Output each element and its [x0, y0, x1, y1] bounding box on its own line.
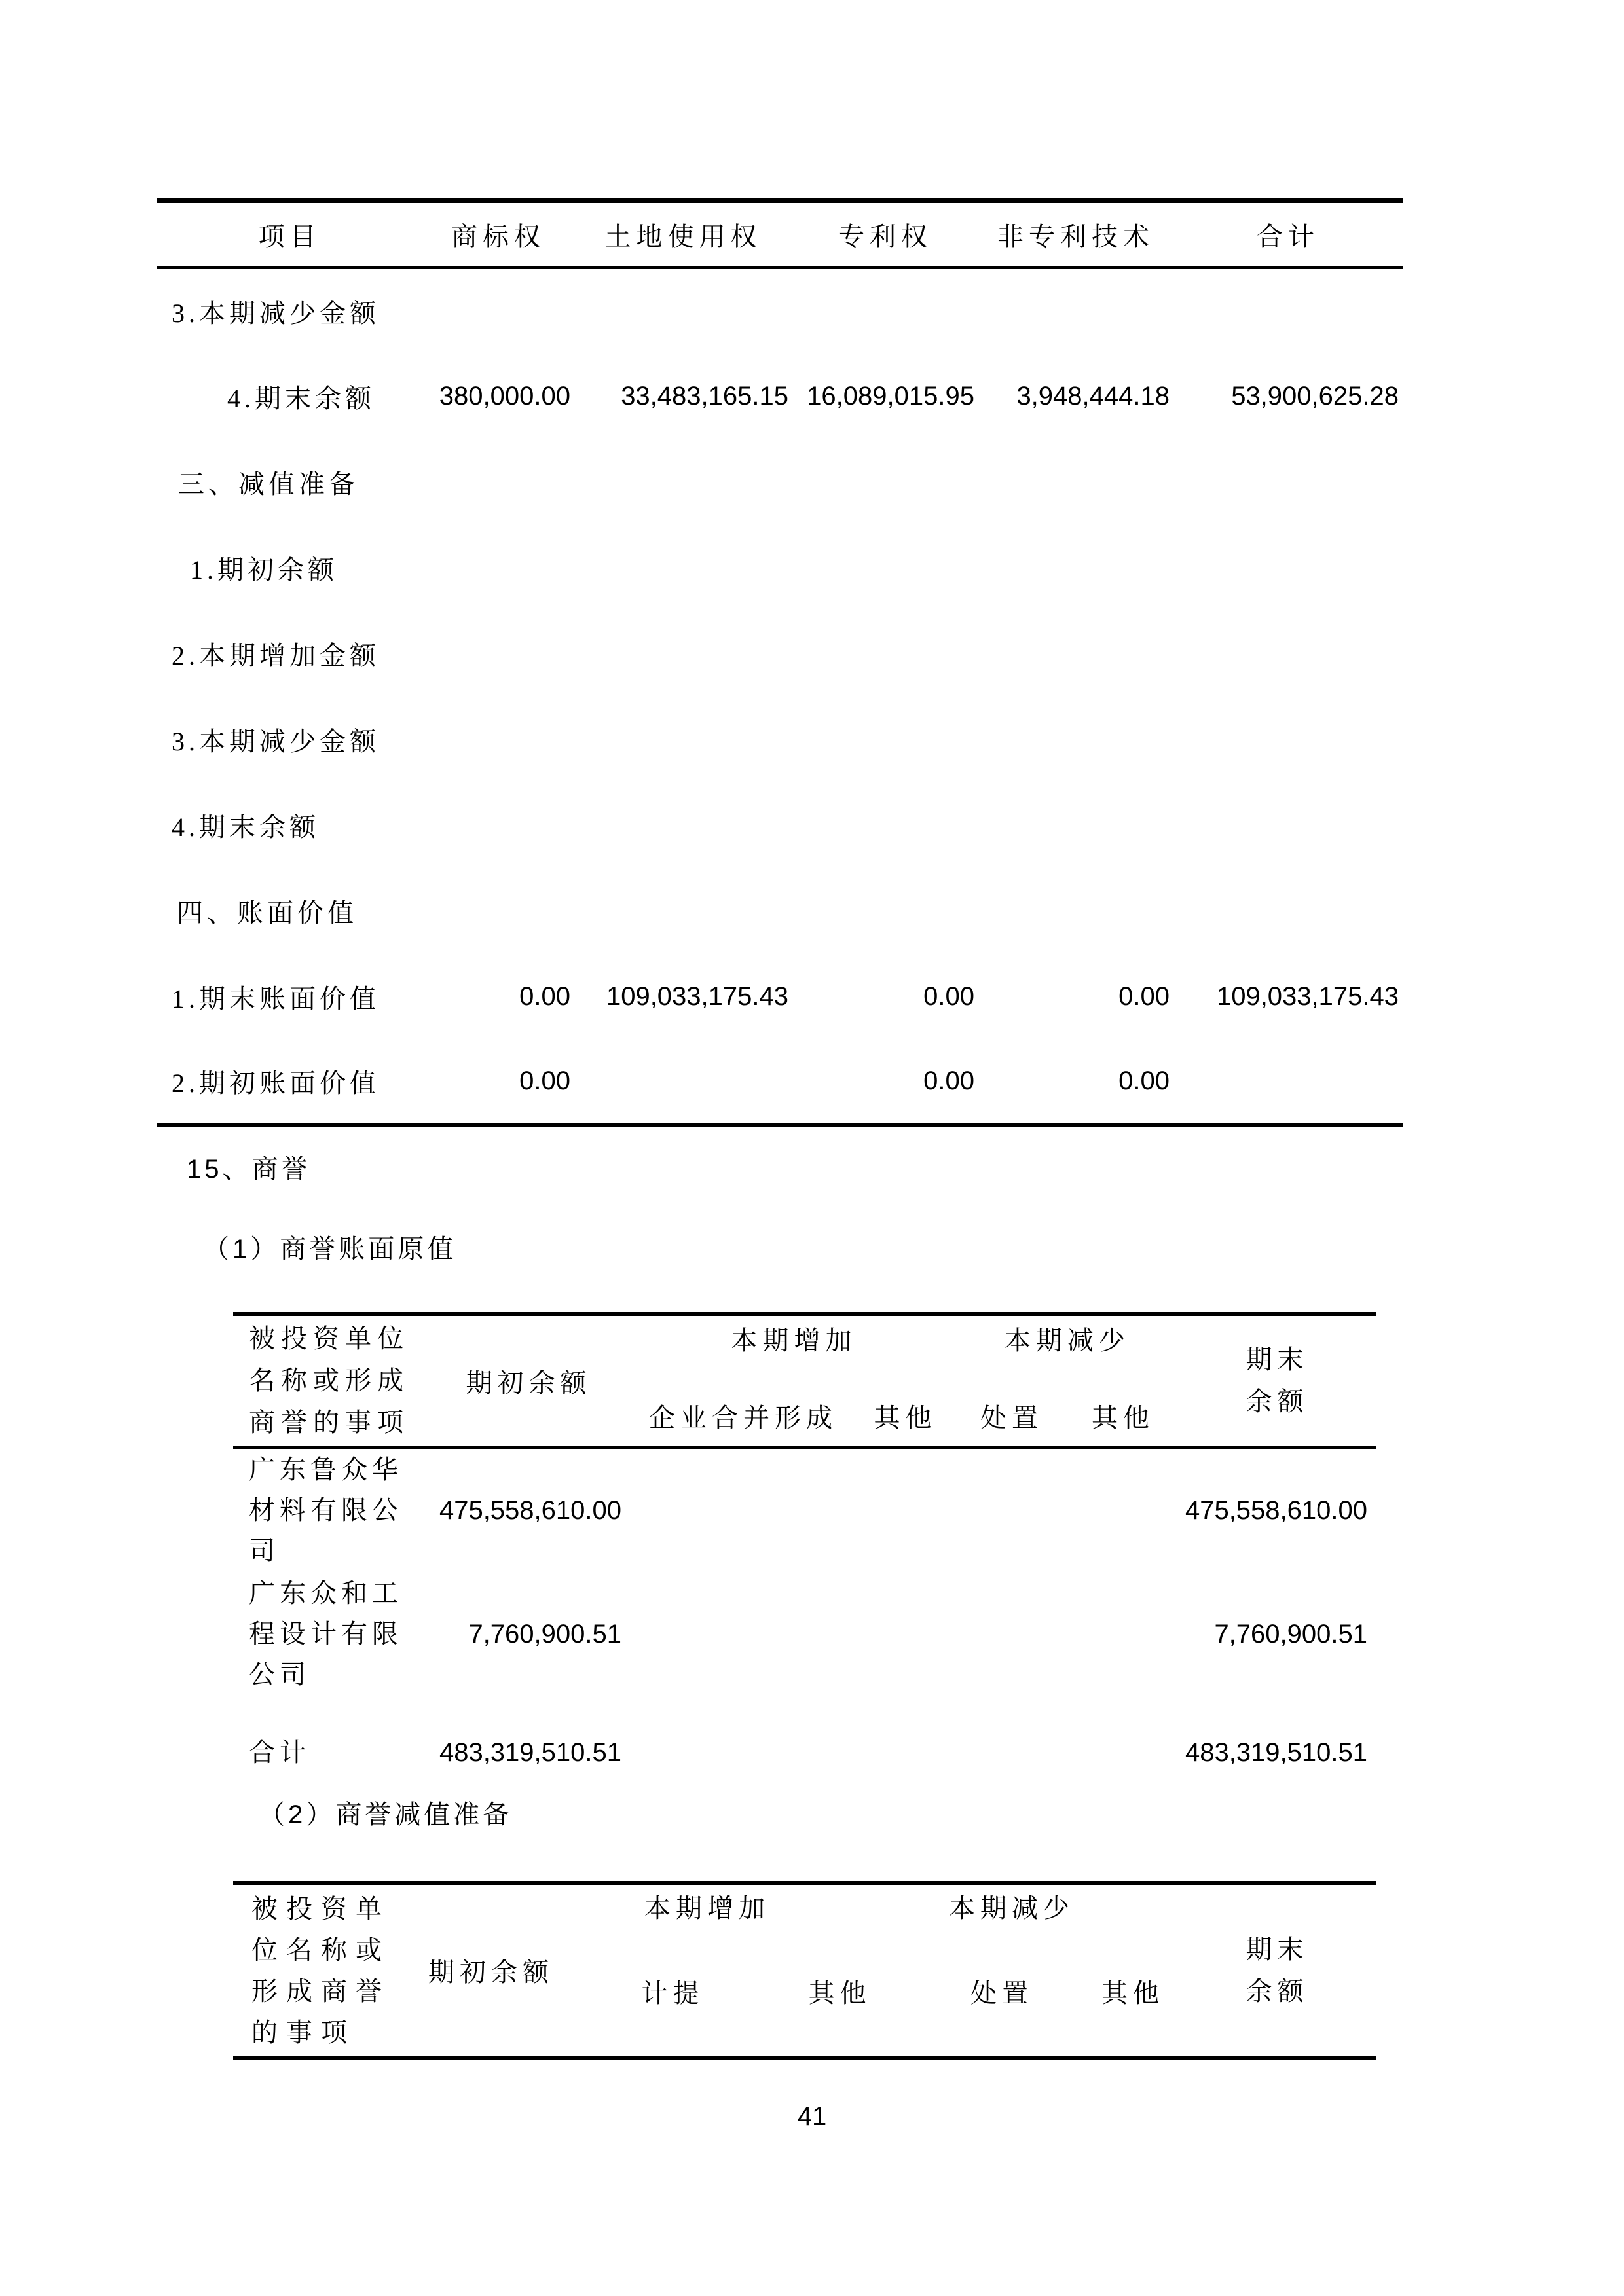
table-row: 3.本期减少金额 [157, 268, 1403, 354]
col-header-accrual: 计提 [583, 1927, 763, 2058]
goodwill-impairment-header-row-1: 被投资单位名称或形成商誉的事项 期初余额 本期增加 本期减少 期末余额 [233, 1883, 1376, 1927]
total-row: 合计 483,319,510.51 483,319,510.51 [233, 1696, 1376, 1789]
page-number: 41 [0, 2101, 1624, 2132]
col-header-disposal: 处置 [956, 1360, 1067, 1448]
total-label: 合计 [233, 1696, 426, 1789]
goodwill-impairment-table: 被投资单位名称或形成商誉的事项 期初余额 本期增加 本期减少 期末余额 计提 其… [233, 1881, 1376, 2060]
goodwill-cost-header-row-1: 被投资单位名称或形成商誉的事项 期初余额 本期增加 本期减少 期末余额 [233, 1314, 1376, 1360]
cell-value: 7,760,900.51 [426, 1572, 632, 1696]
cell-value [956, 1572, 1067, 1696]
cell-value: 475,558,610.00 [1179, 1448, 1376, 1572]
subsection-title-impairment: （2）商誉减值准备 [259, 1799, 512, 1831]
cell-value [632, 1448, 855, 1572]
col-header-increase-other: 其他 [763, 1927, 917, 2058]
col-group-decrease: 本期减少 [917, 1883, 1179, 1927]
col-header-opening-balance: 期初余额 [426, 1314, 632, 1448]
col-header-merger-formed: 企业合并形成 [632, 1360, 855, 1448]
intangibles-table: 项目 商标权 土地使用权 专利权 非专利技术 合计 3.本期减少金额 4.期末余… [157, 198, 1403, 1127]
row-label: 1.期末账面价值 [157, 954, 422, 1040]
row-label: 3.本期减少金额 [157, 697, 422, 782]
report-page: 项目 商标权 土地使用权 专利权 非专利技术 合计 3.本期减少金额 4.期末余… [0, 0, 1624, 2296]
cell-value: 380,000.00 [422, 354, 574, 439]
row-label: 3.本期减少金额 [157, 268, 422, 354]
col-group-increase: 本期增加 [632, 1314, 956, 1360]
table-row: 1.期末账面价值 0.00 109,033,175.43 0.00 0.00 1… [157, 954, 1403, 1040]
cell-value [1173, 1040, 1403, 1125]
cell-value [574, 611, 792, 697]
col-header-increase-other: 其他 [855, 1360, 956, 1448]
col-header-closing-balance: 期末余额 [1179, 1883, 1376, 2058]
investee-name: 广东众和工程设计有限公司 [233, 1572, 426, 1696]
cell-value [978, 868, 1173, 954]
cell-value [1173, 525, 1403, 611]
cell-value: 0.00 [422, 954, 574, 1040]
cell-value: 16,089,015.95 [792, 354, 978, 439]
cell-value [792, 868, 978, 954]
col-header-trademark: 商标权 [422, 201, 574, 268]
cell-value [792, 782, 978, 868]
cell-value [792, 611, 978, 697]
cell-value: 7,760,900.51 [1179, 1572, 1376, 1696]
table-row: 三、减值准备 [157, 439, 1403, 525]
col-header-investee: 被投资单位名称或形成商誉的事项 [233, 1883, 399, 2058]
row-label: 1.期初余额 [157, 525, 422, 611]
cell-value [978, 782, 1173, 868]
col-group-increase: 本期增加 [583, 1883, 917, 1927]
cell-value [632, 1572, 855, 1696]
cell-value [422, 697, 574, 782]
col-header-item: 项目 [157, 201, 422, 268]
investee-name: 广东鲁众华材料有限公司 [233, 1448, 426, 1572]
row-label: 2.本期增加金额 [157, 611, 422, 697]
cell-value [792, 525, 978, 611]
row-label: 三、减值准备 [157, 439, 422, 525]
cell-value: 483,319,510.51 [1179, 1696, 1376, 1789]
cell-value [1067, 1696, 1179, 1789]
section-title-goodwill: 15、商誉 [187, 1154, 311, 1185]
table-row: 4.期末余额 380,000.00 33,483,165.15 16,089,0… [157, 354, 1403, 439]
cell-value: 0.00 [422, 1040, 574, 1125]
cell-value [956, 1448, 1067, 1572]
cell-value [855, 1572, 956, 1696]
cell-value [574, 268, 792, 354]
cell-value [574, 782, 792, 868]
cell-value [632, 1696, 855, 1789]
subsection-title-cost: （1）商誉账面原值 [203, 1233, 456, 1265]
cell-value [978, 611, 1173, 697]
col-header-total: 合计 [1173, 201, 1403, 268]
intangibles-header-row: 项目 商标权 土地使用权 专利权 非专利技术 合计 [157, 201, 1403, 268]
cell-value [422, 268, 574, 354]
row-label: 四、账面价值 [157, 868, 422, 954]
cell-value [855, 1448, 956, 1572]
table-row: 广东众和工程设计有限公司 7,760,900.51 7,760,900.51 [233, 1572, 1376, 1696]
cell-value [422, 611, 574, 697]
row-label: 4.期末余额 [157, 782, 422, 868]
col-header-closing-balance: 期末余额 [1179, 1314, 1376, 1448]
cell-value [422, 782, 574, 868]
cell-value [792, 268, 978, 354]
col-header-disposal: 处置 [917, 1927, 1087, 2058]
cell-value: 109,033,175.43 [1173, 954, 1403, 1040]
cell-value [574, 697, 792, 782]
cell-value [792, 439, 978, 525]
col-group-decrease: 本期减少 [956, 1314, 1179, 1360]
row-label: 4.期末余额 [157, 354, 422, 439]
cell-value [978, 697, 1173, 782]
cell-value [574, 868, 792, 954]
cell-value: 33,483,165.15 [574, 354, 792, 439]
cell-value [1173, 439, 1403, 525]
cell-value: 109,033,175.43 [574, 954, 792, 1040]
cell-value [422, 525, 574, 611]
cell-value [978, 525, 1173, 611]
cell-value [422, 439, 574, 525]
table-row: 3.本期减少金额 [157, 697, 1403, 782]
cell-value [855, 1696, 956, 1789]
cell-value: 0.00 [978, 1040, 1173, 1125]
table-row: 4.期末余额 [157, 782, 1403, 868]
col-header-land-use: 土地使用权 [574, 201, 792, 268]
cell-value [574, 439, 792, 525]
table-row: 广东鲁众华材料有限公司 475,558,610.00 475,558,610.0… [233, 1448, 1376, 1572]
cell-value [1067, 1572, 1179, 1696]
cell-value [1173, 782, 1403, 868]
col-header-decrease-other: 其他 [1067, 1360, 1179, 1448]
cell-value [1173, 611, 1403, 697]
cell-value: 3,948,444.18 [978, 354, 1173, 439]
cell-value [1173, 697, 1403, 782]
table-row: 四、账面价值 [157, 868, 1403, 954]
cell-value: 483,319,510.51 [426, 1696, 632, 1789]
col-header-opening-balance: 期初余额 [399, 1883, 583, 2058]
cell-value: 0.00 [978, 954, 1173, 1040]
cell-value [574, 525, 792, 611]
cell-value [422, 868, 574, 954]
cell-value [792, 697, 978, 782]
cell-value: 53,900,625.28 [1173, 354, 1403, 439]
cell-value: 0.00 [792, 1040, 978, 1125]
table-row: 2.期初账面价值 0.00 0.00 0.00 [157, 1040, 1403, 1125]
cell-value [978, 268, 1173, 354]
goodwill-cost-table: 被投资单位名称或形成商誉的事项 期初余额 本期增加 本期减少 期末余额 企业合并… [233, 1312, 1376, 1789]
table-row: 2.本期增加金额 [157, 611, 1403, 697]
col-header-investee: 被投资单位名称或形成商誉的事项 [233, 1314, 426, 1448]
cell-value: 475,558,610.00 [426, 1448, 632, 1572]
cell-value: 0.00 [792, 954, 978, 1040]
table-row: 1.期初余额 [157, 525, 1403, 611]
cell-value [1173, 268, 1403, 354]
cell-value [574, 1040, 792, 1125]
row-label: 2.期初账面价值 [157, 1040, 422, 1125]
cell-value [956, 1696, 1067, 1789]
col-header-decrease-other: 其他 [1087, 1927, 1179, 2058]
cell-value [978, 439, 1173, 525]
cell-value [1067, 1448, 1179, 1572]
cell-value [1173, 868, 1403, 954]
col-header-nonpatent: 非专利技术 [978, 201, 1173, 268]
col-header-patent: 专利权 [792, 201, 978, 268]
